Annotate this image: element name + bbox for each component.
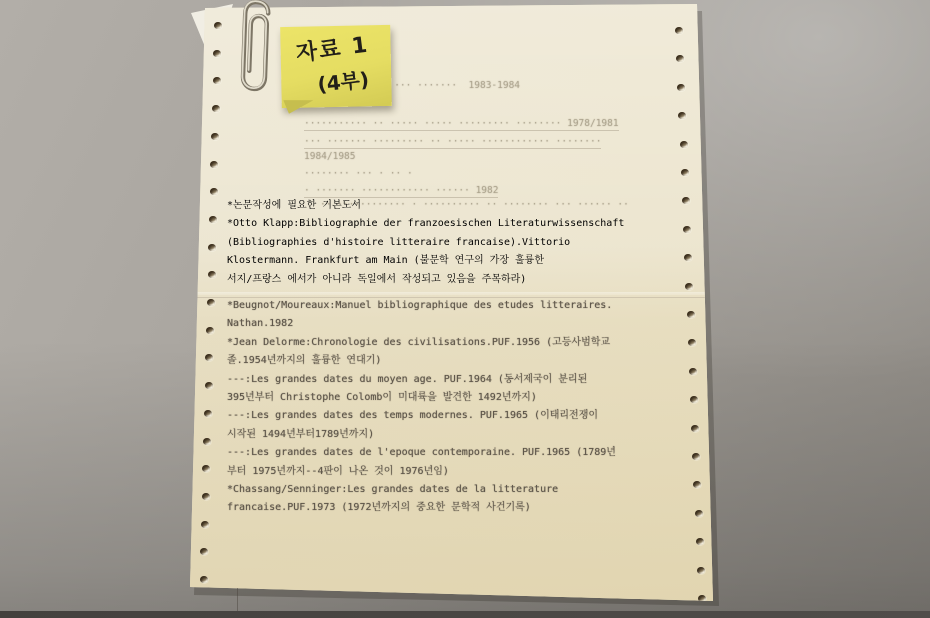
faint-illegible-line: ········ ··· · ·· · bbox=[304, 168, 413, 179]
sprocket-hole bbox=[696, 538, 704, 545]
sprocket-hole bbox=[202, 465, 210, 472]
typed-line: 부터 1975년까지--4판이 나온 것이 1976년임) bbox=[227, 463, 616, 481]
sprocket-hole bbox=[675, 27, 683, 34]
sprocket-hole bbox=[208, 271, 216, 278]
typed-line: ---:Les grandes dates des temps modernes… bbox=[227, 407, 616, 425]
sprocket-hole bbox=[690, 396, 698, 403]
sprocket-hole bbox=[200, 576, 208, 583]
faint-illegible-line: ··········· ·· ····· ····· ········· ···… bbox=[304, 118, 619, 131]
sprocket-hole bbox=[687, 311, 695, 318]
typed-line: 395년부터 Christophe Colomb이 미대륙을 발견한 1492년… bbox=[227, 389, 616, 407]
sprocket-hole bbox=[691, 425, 699, 432]
sprocket-hole bbox=[202, 493, 210, 500]
sprocket-hole bbox=[203, 438, 211, 445]
sprocket-hole bbox=[205, 382, 213, 389]
sticky-note: 자료 1 (4부) bbox=[280, 25, 392, 108]
sticky-note-handwriting-line1: 자료 1 bbox=[294, 28, 371, 68]
faint-illegible-line: 1984/1985 bbox=[304, 151, 355, 162]
paperclip bbox=[230, 0, 281, 99]
printout-page: ·· · ··········· ··· ······· 1983-1984··… bbox=[0, 0, 930, 618]
sprocket-hole bbox=[681, 169, 689, 176]
sprocket-hole bbox=[688, 339, 696, 346]
typed-text-upper-block: *논문작성에 필요한 기본도서*Otto Klapp:Bibliographie… bbox=[227, 197, 624, 289]
sprocket-hole bbox=[210, 161, 218, 168]
sprocket-hole bbox=[680, 141, 688, 148]
sprocket-hole bbox=[200, 548, 208, 555]
sprocket-hole bbox=[210, 188, 218, 195]
typed-text-lower-block: *Beugnot/Moureaux:Manuel bibliographique… bbox=[227, 297, 616, 518]
sprocket-hole bbox=[212, 105, 220, 112]
sprocket-hole bbox=[695, 510, 703, 517]
sprocket-hole bbox=[214, 22, 222, 29]
typed-line: Klostermann. Frankfurt am Main (불문학 연구의 … bbox=[227, 252, 624, 270]
sprocket-hole bbox=[204, 410, 212, 417]
typed-line: 서지/프랑스 에서가 아니라 독일에서 작성되고 있음을 주목하라) bbox=[227, 271, 624, 289]
sprocket-hole bbox=[697, 567, 705, 574]
sprocket-hole bbox=[683, 226, 691, 233]
typed-line: francaise.PUF.1973 (1972년까지의 중요한 문학적 사건기… bbox=[227, 499, 616, 517]
table-edge bbox=[0, 611, 930, 618]
sprocket-hole bbox=[684, 254, 692, 261]
sprocket-hole bbox=[201, 521, 209, 528]
typed-line: Nathan.1982 bbox=[227, 315, 616, 333]
typed-line: *Beugnot/Moureaux:Manuel bibliographique… bbox=[227, 297, 616, 315]
sprocket-hole bbox=[206, 327, 214, 334]
sprocket-hole bbox=[213, 50, 221, 57]
typed-line: (Bibliographies d'histoire litteraire fr… bbox=[227, 234, 624, 252]
sprocket-hole bbox=[685, 283, 693, 290]
sprocket-hole bbox=[677, 84, 685, 91]
sprocket-hole bbox=[678, 112, 686, 119]
typed-line: *논문작성에 필요한 기본도서 bbox=[227, 197, 624, 215]
sprocket-hole bbox=[209, 216, 217, 223]
sprocket-hole bbox=[211, 133, 219, 140]
sprocket-hole bbox=[682, 197, 690, 204]
typed-line: *Otto Klapp:Bibliographie der franzoesis… bbox=[227, 215, 624, 233]
sprocket-hole bbox=[207, 299, 215, 306]
sprocket-hole bbox=[692, 453, 700, 460]
faint-illegible-line: ··· ······· ········· ·· ····· ·········… bbox=[304, 136, 601, 149]
typed-line: 시작된 1494년부터1789년까지) bbox=[227, 426, 616, 444]
sprocket-hole bbox=[205, 354, 213, 361]
typed-line: 졸.1954년까지의 훌륭한 연대기) bbox=[227, 352, 616, 370]
typed-line: ---:Les grandes dates de l'epoque contem… bbox=[227, 444, 616, 462]
sprocket-hole bbox=[689, 368, 697, 375]
sprocket-hole bbox=[676, 55, 684, 62]
sprocket-hole bbox=[213, 77, 221, 84]
typed-line: ---:Les grandes dates du moyen age. PUF.… bbox=[227, 371, 616, 389]
sprocket-hole bbox=[208, 244, 216, 251]
typed-line: *Jean Delorme:Chronologie des civilisati… bbox=[227, 334, 616, 352]
typed-line: *Chassang/Senninger:Les grandes dates de… bbox=[227, 481, 616, 499]
sprocket-hole bbox=[693, 481, 701, 488]
sticky-note-handwriting-line2: (4부) bbox=[316, 63, 370, 97]
photo-of-document: ·· · ··········· ··· ······· 1983-1984··… bbox=[0, 0, 930, 618]
